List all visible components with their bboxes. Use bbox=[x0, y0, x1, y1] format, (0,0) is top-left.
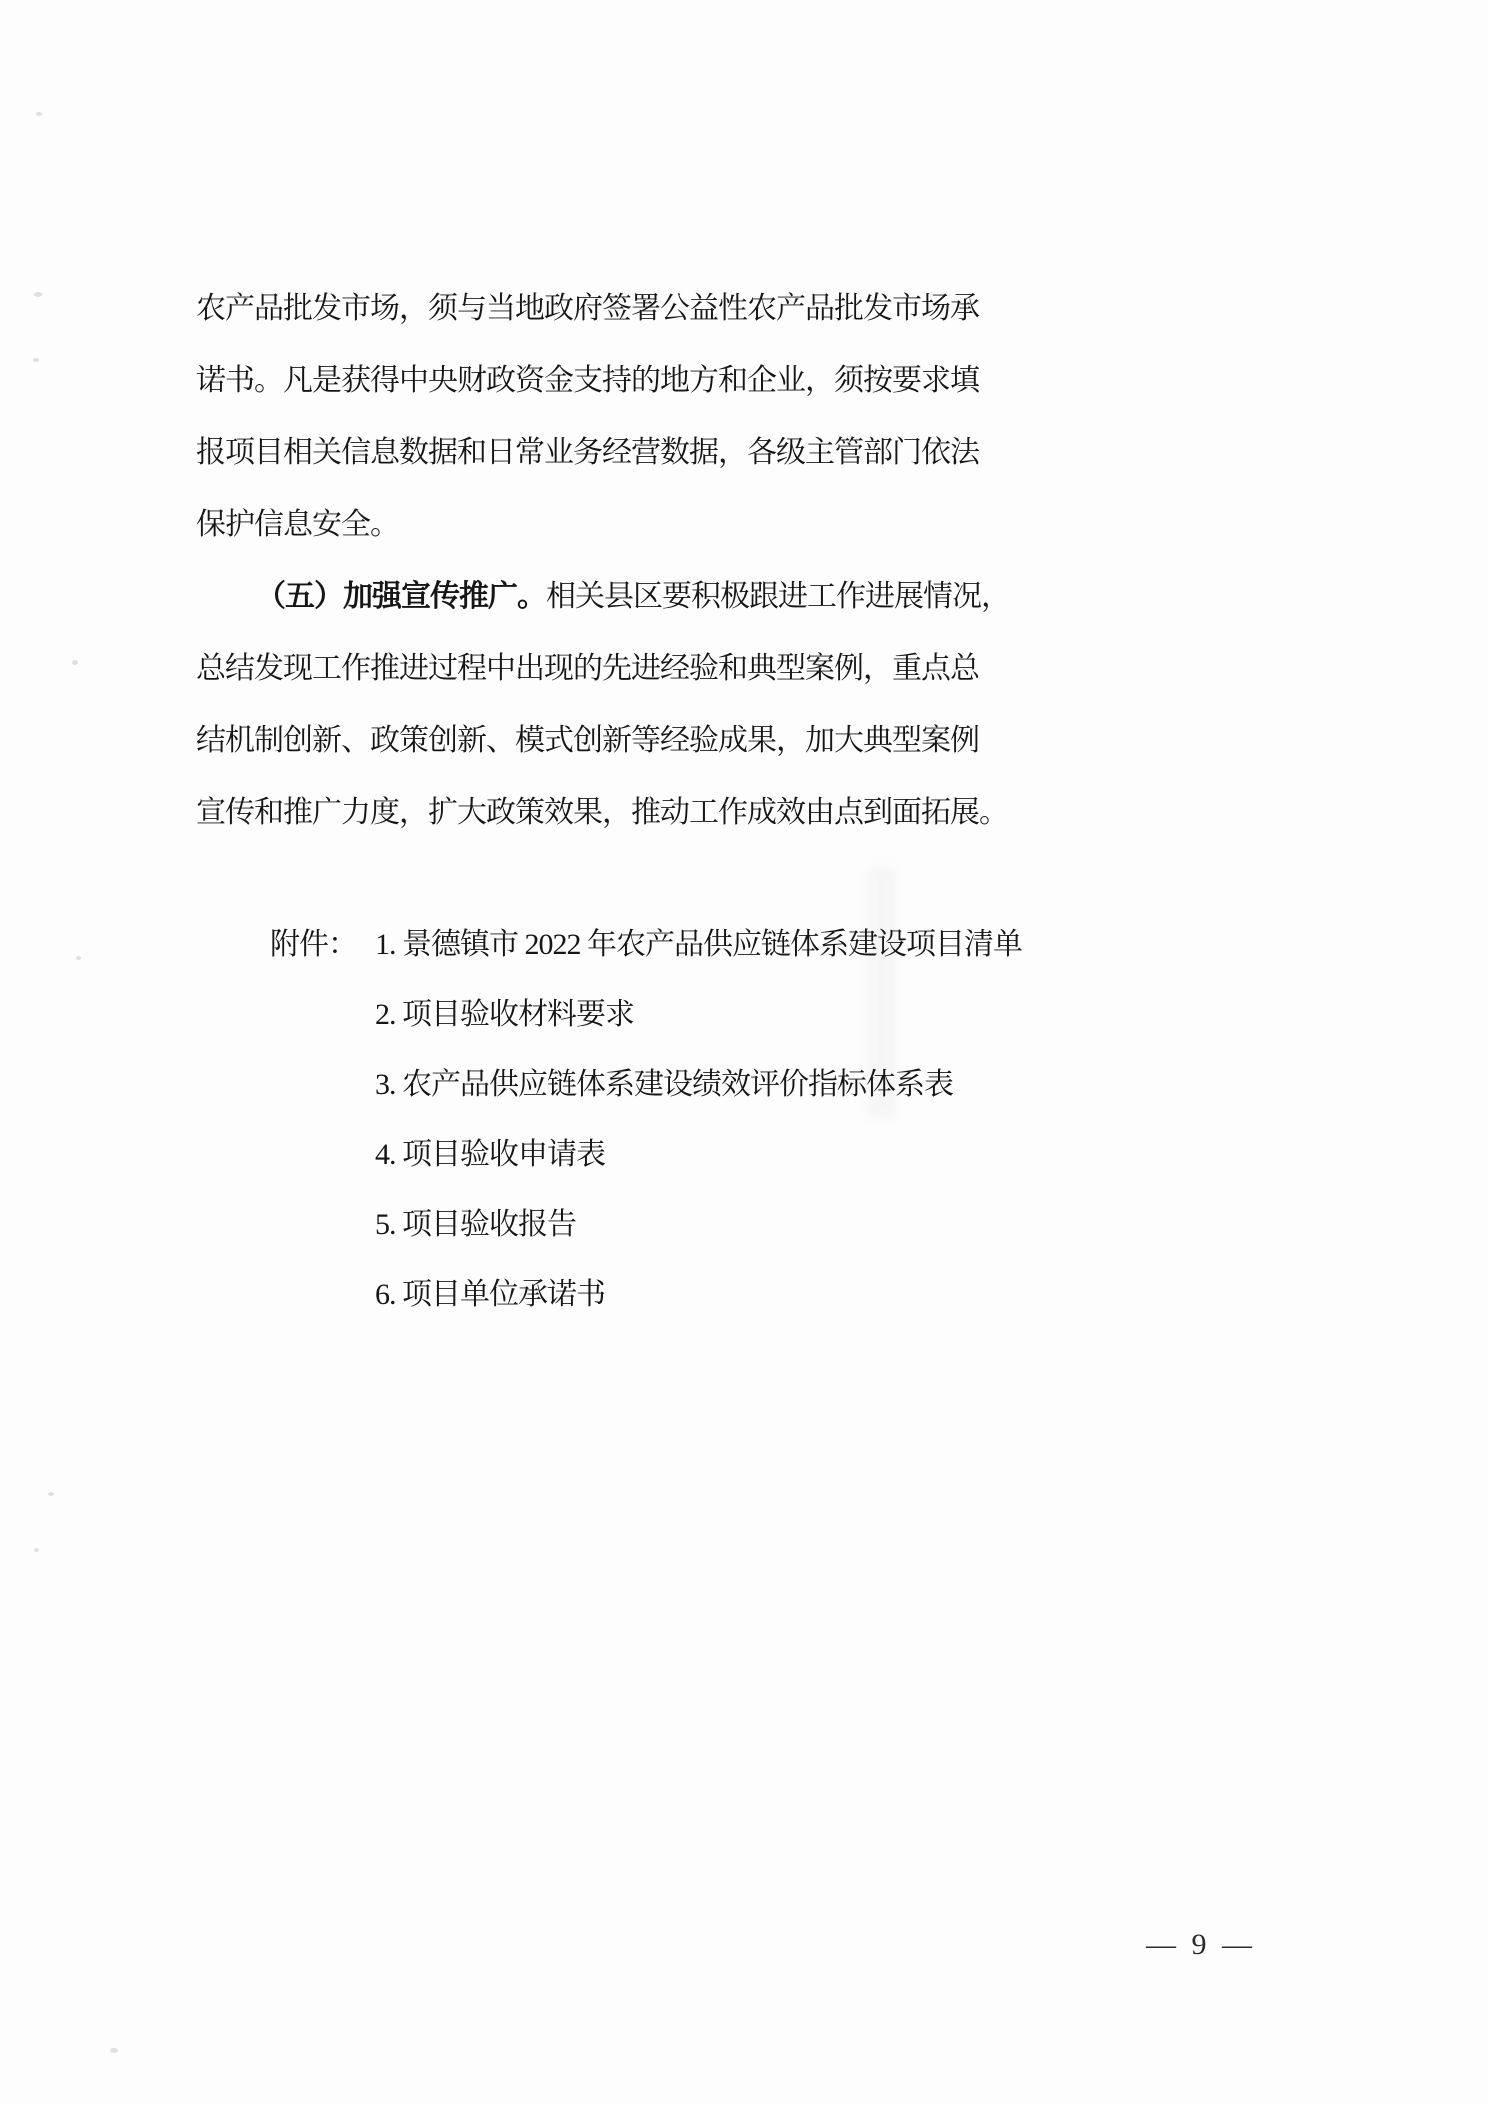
attachment-item-text: 1. 景德镇市 2022 年农产品供应链体系建设项目清单 bbox=[375, 928, 1022, 961]
document-page: 农产品批发市场，须与当地政府签署公益性农产品批发市场承 诺书。凡是获得中央财政资… bbox=[0, 0, 1488, 2104]
body-text: 农产品批发市场，须与当地政府签署公益性农产品批发市场承 诺书。凡是获得中央财政资… bbox=[196, 273, 1006, 849]
body-line: 农产品批发市场，须与当地政府签署公益性农产品批发市场承 bbox=[196, 273, 1006, 345]
section-five-heading: （五）加强宣传推广。 bbox=[256, 580, 546, 613]
attachment-item: 6. 项目单位承诺书 bbox=[270, 1260, 1170, 1330]
scan-speck bbox=[33, 358, 39, 362]
attachments-list: 附件：1. 景德镇市 2022 年农产品供应链体系建设项目清单 2. 项目验收材… bbox=[270, 910, 1170, 1330]
body-line: 总结发现工作推进过程中出现的先进经验和典型案例，重点总 bbox=[196, 633, 1006, 705]
attachment-item: 3. 农产品供应链体系建设绩效评价指标体系表 bbox=[270, 1050, 1170, 1120]
body-line: 报项目相关信息数据和日常业务经营数据，各级主管部门依法 bbox=[196, 417, 1006, 489]
scan-speck bbox=[72, 660, 78, 665]
body-line: 相关县区要积极跟进工作进展情况， bbox=[546, 580, 1010, 613]
body-line: 宣传和推广力度，扩大政策效果，推动工作成效由点到面拓展。 bbox=[196, 777, 1006, 849]
attachment-item: 4. 项目验收申请表 bbox=[270, 1120, 1170, 1190]
page-number: — 9 — bbox=[1146, 1928, 1306, 1962]
scan-speck bbox=[76, 956, 81, 960]
scan-speck bbox=[48, 1492, 54, 1496]
body-line: 诺书。凡是获得中央财政资金支持的地方和企业，须按要求填 bbox=[196, 345, 1006, 417]
body-line: 结机制创新、政策创新、模式创新等经验成果，加大典型案例 bbox=[196, 705, 1006, 777]
scan-speck bbox=[34, 1548, 39, 1552]
attachment-item: 2. 项目验收材料要求 bbox=[270, 980, 1170, 1050]
body-line: 保护信息安全。 bbox=[196, 489, 1006, 561]
attachment-item: 5. 项目验收报告 bbox=[270, 1190, 1170, 1260]
attachment-item: 附件：1. 景德镇市 2022 年农产品供应链体系建设项目清单 bbox=[270, 910, 1170, 980]
section-five-first-line: （五）加强宣传推广。相关县区要积极跟进工作进展情况， bbox=[196, 561, 1006, 633]
scan-speck bbox=[110, 2048, 118, 2053]
scan-speck bbox=[36, 112, 42, 116]
attachments-label: 附件： bbox=[270, 910, 375, 980]
scan-speck bbox=[34, 292, 42, 297]
